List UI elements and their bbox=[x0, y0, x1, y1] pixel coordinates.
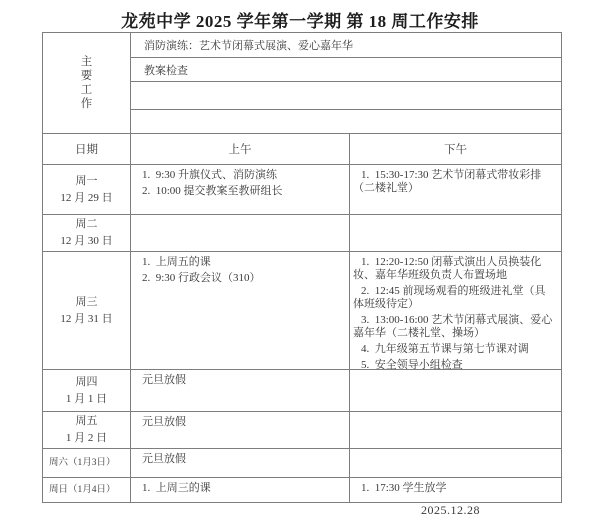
schedule-item: 1. 17:30 学生放学 bbox=[353, 482, 555, 495]
column-header-morning: 上午 bbox=[131, 134, 350, 165]
schedule-item: 1. 12:20-12:50 闭幕式演出人员换装化妆、嘉年华班级负责人布置场地 bbox=[353, 256, 555, 282]
day-cell-monday: 周一 12 月 29 日 bbox=[43, 165, 131, 215]
day-date: 12 月 31 日 bbox=[60, 311, 112, 328]
schedule-item: 元旦放假 bbox=[134, 374, 343, 387]
friday-afternoon-cell bbox=[350, 412, 562, 449]
day-cell-tuesday: 周二 12 月 30 日 bbox=[43, 215, 131, 252]
tuesday-morning-cell bbox=[131, 215, 350, 252]
day-cell-wednesday: 周三 12 月 31 日 bbox=[43, 252, 131, 370]
column-header-date: 日期 bbox=[43, 134, 131, 165]
day-date: 12 月 30 日 bbox=[60, 233, 112, 250]
main-work-label: 主要工作 bbox=[80, 55, 93, 111]
schedule-item: 2. 10:00 提交教案至教研组长 bbox=[134, 185, 343, 198]
main-work-item-4 bbox=[131, 110, 562, 134]
monday-morning-cell: 1. 9:30 升旗仪式、消防演练2. 10:00 提交教案至教研组长 bbox=[131, 165, 350, 215]
sunday-afternoon-cell: 1. 17:30 学生放学 bbox=[350, 478, 562, 503]
day-name: 周二 bbox=[76, 216, 98, 233]
document-date: 2025.12.28 bbox=[421, 503, 480, 518]
day-name: 周一 bbox=[76, 173, 98, 190]
monday-afternoon-cell: 1. 15:30-17:30 艺术节闭幕式带妆彩排（二楼礼堂） bbox=[350, 165, 562, 215]
saturday-morning-cell: 元旦放假 bbox=[131, 449, 350, 478]
weekly-schedule-table: 主要工作 消防演练：艺术节闭幕式展演、爱心嘉年华 教案检查 日期 上午 下午 周… bbox=[42, 32, 562, 503]
day-cell-friday: 周五 1 月 2 日 bbox=[43, 412, 131, 449]
main-work-item-2: 教案检查 bbox=[131, 58, 562, 82]
sunday-morning-cell: 1. 上周三的课 bbox=[131, 478, 350, 503]
wednesday-morning-cell: 1. 上周五的课2. 9:30 行政会议（310） bbox=[131, 252, 350, 370]
schedule-item: 1. 上周五的课 bbox=[134, 256, 343, 269]
thursday-afternoon-cell bbox=[350, 370, 562, 412]
day-name: 周五 bbox=[76, 413, 98, 430]
day-date: 1 月 1 日 bbox=[66, 391, 107, 408]
schedule-item: 元旦放假 bbox=[134, 416, 343, 429]
main-work-label-cell: 主要工作 bbox=[43, 33, 131, 134]
schedule-item: 1. 上周三的课 bbox=[134, 482, 343, 495]
page-title: 龙苑中学 2025 学年第一学期 第 18 周工作安排 bbox=[0, 7, 600, 32]
schedule-item: 元旦放假 bbox=[134, 453, 343, 466]
day-date: 1 月 2 日 bbox=[66, 430, 107, 447]
day-name: 周四 bbox=[76, 374, 98, 391]
friday-morning-cell: 元旦放假 bbox=[131, 412, 350, 449]
thursday-morning-cell: 元旦放假 bbox=[131, 370, 350, 412]
schedule-item: 3. 13:00-16:00 艺术节闭幕式展演、爱心嘉年华（二楼礼堂、操场） bbox=[353, 314, 555, 340]
tuesday-afternoon-cell bbox=[350, 215, 562, 252]
day-name: 周六（1月3日） bbox=[49, 455, 116, 472]
day-date: 12 月 29 日 bbox=[60, 190, 112, 207]
day-cell-sunday: 周日（1月4日） bbox=[43, 478, 131, 503]
day-cell-thursday: 周四 1 月 1 日 bbox=[43, 370, 131, 412]
schedule-item: 5. 安全领导小组检查 bbox=[353, 359, 555, 370]
schedule-item: 1. 9:30 升旗仪式、消防演练 bbox=[134, 169, 343, 182]
day-name: 周日（1月4日） bbox=[49, 482, 116, 499]
day-name: 周三 bbox=[76, 294, 98, 311]
day-cell-saturday: 周六（1月3日） bbox=[43, 449, 131, 478]
schedule-item: 2. 12:45 前现场观看的班级进礼堂（具体班级待定） bbox=[353, 285, 555, 311]
schedule-item: 2. 9:30 行政会议（310） bbox=[134, 272, 343, 285]
saturday-afternoon-cell bbox=[350, 449, 562, 478]
column-header-afternoon: 下午 bbox=[350, 134, 562, 165]
wednesday-afternoon-cell: 1. 12:20-12:50 闭幕式演出人员换装化妆、嘉年华班级负责人布置场地2… bbox=[350, 252, 562, 370]
main-work-item-1: 消防演练：艺术节闭幕式展演、爱心嘉年华 bbox=[131, 33, 562, 58]
main-work-item-3 bbox=[131, 82, 562, 110]
schedule-item: 1. 15:30-17:30 艺术节闭幕式带妆彩排（二楼礼堂） bbox=[353, 169, 555, 195]
schedule-item: 4. 九年级第五节课与第七节课对调 bbox=[353, 343, 555, 356]
